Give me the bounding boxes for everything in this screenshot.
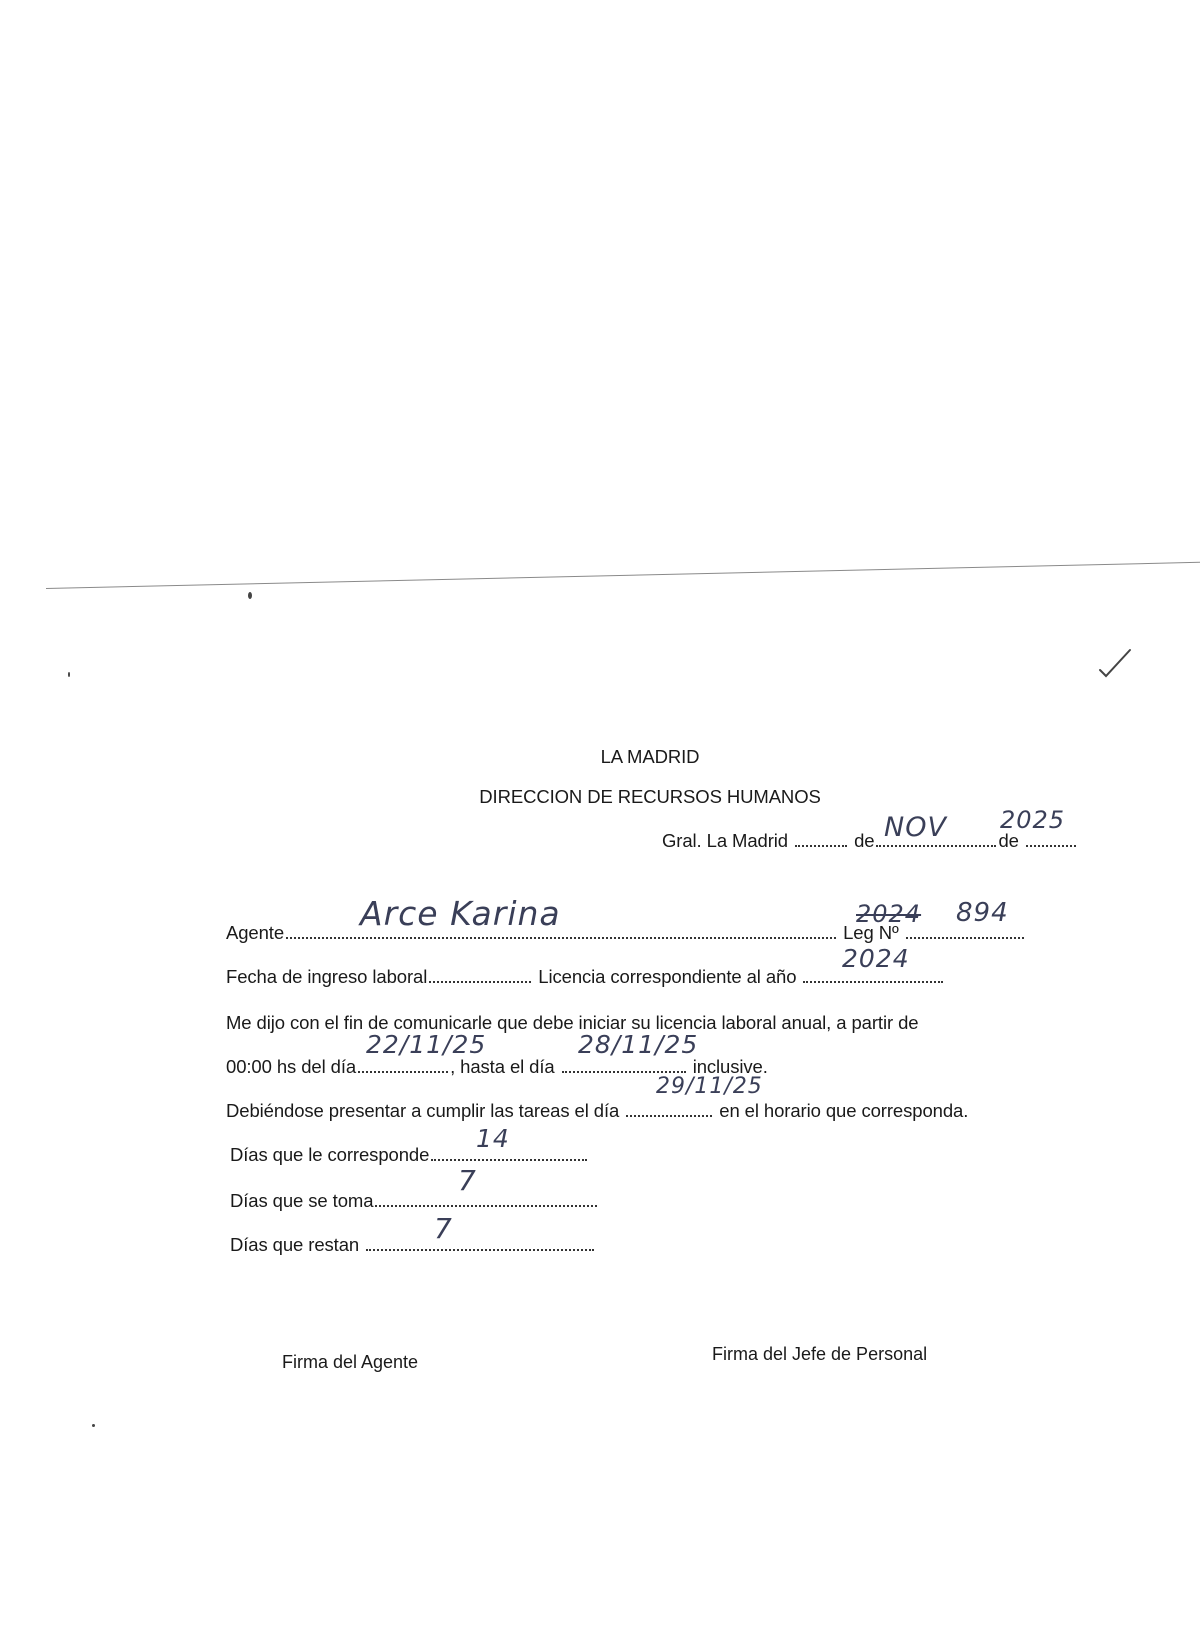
- date-place-label: Gral. La Madrid: [662, 830, 788, 851]
- organization-title: LA MADRID: [0, 746, 1200, 768]
- date-month-field[interactable]: [876, 845, 996, 847]
- date-day-field[interactable]: [795, 845, 847, 847]
- desde-field[interactable]: [358, 1071, 448, 1073]
- fecha-ingreso-field[interactable]: [429, 981, 531, 983]
- restan-field[interactable]: [366, 1249, 594, 1251]
- fecha-ingreso-line: Fecha de ingreso laboral Licencia corres…: [226, 966, 945, 988]
- hasta-value: 28/11/25: [578, 1030, 698, 1059]
- restan-label: Días que restan: [230, 1234, 359, 1255]
- date-de-1: de: [854, 830, 874, 851]
- corresponde-line: Días que le corresponde: [230, 1144, 589, 1166]
- leg-value-struck: 2024: [856, 900, 921, 928]
- date-year-field[interactable]: [1026, 845, 1076, 847]
- leg-value: 894: [956, 898, 1009, 928]
- desde-value: 22/11/25: [366, 1030, 486, 1059]
- agente-value: Arce Karina: [360, 894, 561, 933]
- date-year-value: 2025: [1000, 806, 1065, 834]
- agente-field[interactable]: [286, 937, 836, 939]
- toma-label: Días que se toma: [230, 1190, 373, 1211]
- department-title: DIRECCION DE RECURSOS HUMANOS: [0, 786, 1200, 808]
- licencia-field[interactable]: [803, 981, 943, 983]
- scan-speck: [248, 592, 252, 599]
- leg-field[interactable]: [906, 937, 1024, 939]
- desde-label: 00:00 hs del día: [226, 1056, 356, 1077]
- corresponde-field[interactable]: [431, 1159, 587, 1161]
- restan-line: Días que restan: [230, 1234, 596, 1256]
- document-page: LA MADRID DIRECCION DE RECURSOS HUMANOS …: [0, 0, 1200, 1651]
- agente-label: Agente: [226, 922, 284, 943]
- fecha-ingreso-label: Fecha de ingreso laboral: [226, 966, 427, 987]
- agent-signature-label: Firma del Agente: [282, 1352, 418, 1373]
- scan-speck: [92, 1424, 95, 1427]
- checkmark-icon: [1098, 648, 1132, 678]
- toma-line: Días que se toma: [230, 1190, 599, 1212]
- presentar-field[interactable]: [626, 1115, 712, 1117]
- scan-speck: [68, 672, 70, 677]
- corresponde-value: 14: [476, 1124, 510, 1153]
- return-line: Debiéndose presentar a cumplir las tarea…: [226, 1100, 968, 1122]
- presentar-value: 29/11/25: [656, 1074, 763, 1099]
- hasta-field[interactable]: [562, 1071, 686, 1073]
- corresponde-label: Días que le corresponde: [230, 1144, 429, 1165]
- chief-signature-label: Firma del Jefe de Personal: [712, 1344, 927, 1365]
- horario-text: en el horario que corresponda.: [719, 1100, 968, 1121]
- toma-field[interactable]: [375, 1205, 597, 1207]
- presentar-label: Debiéndose presentar a cumplir las tarea…: [226, 1100, 619, 1121]
- toma-value: 7: [458, 1164, 477, 1197]
- hasta-label: , hasta el día: [450, 1056, 555, 1077]
- notice-sentence: Me dijo con el fin de comunicarle que de…: [226, 1012, 918, 1034]
- paper-edge-line: [46, 562, 1200, 589]
- date-month-value: NOV: [884, 812, 947, 843]
- licencia-value: 2024: [842, 944, 910, 973]
- restan-value: 7: [434, 1212, 453, 1245]
- licencia-label: Licencia correspondiente al año: [538, 966, 796, 987]
